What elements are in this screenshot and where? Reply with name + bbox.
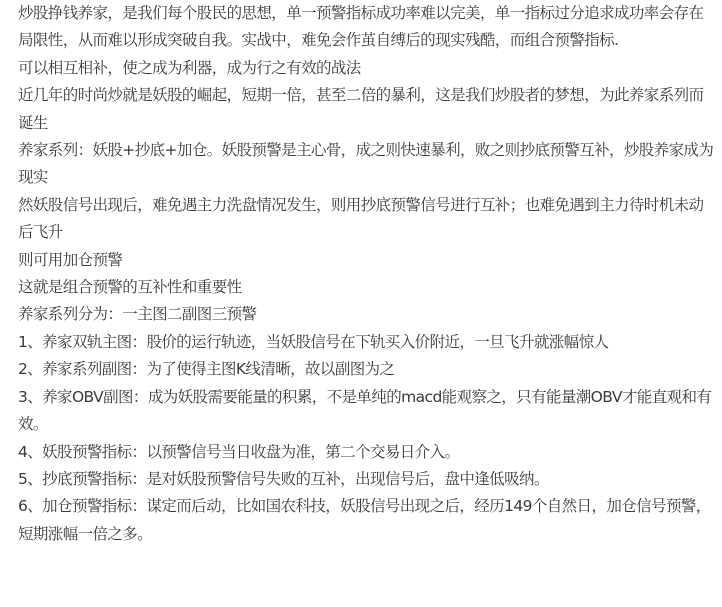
paragraph-signal: 然妖股信号出现后，难免遇主力洗盘情况发生，则用抄底预警信号进行互补；也难免遇到主… [18, 192, 718, 247]
list-item-3: 3、养家OBV副图：成为妖股需要能量的积累，不是单纯的macd能观察之，只有能量… [18, 384, 718, 439]
list-item-5: 5、抄底预警指标：是对妖股预警信号失败的互补，出现信号后，盘中逢低吸纳。 [18, 466, 718, 493]
paragraph-complement: 可以相互相补，使之成为利器，成为行之有效的战法 [18, 55, 718, 82]
list-item-4: 4、妖股预警指标：以预警信号当日收盘为准，第二个交易日介入。 [18, 439, 718, 466]
paragraph-intro: 炒股挣钱养家，是我们每个股民的思想，单一预警指标成功率难以完美，单一指标过分追求… [18, 0, 718, 55]
list-item-6: 6、加仓预警指标：谋定而后动，比如国农科技，妖股信号出现之后，经历149个自然日… [18, 493, 718, 548]
list-item-1: 1、养家双轨主图：股价的运行轨迹，当妖股信号在下轨买入价附近，一旦飞升就涨幅惊人 [18, 329, 718, 356]
paragraph-importance: 这就是组合预警的互补性和重要性 [18, 274, 718, 301]
list-item-2: 2、养家系列副图：为了使得主图K线清晰，故以副图为之 [18, 356, 718, 383]
paragraph-trend: 近几年的时尚炒就是妖股的崛起，短期一倍，甚至二倍的暴利，这是我们炒股者的梦想，为… [18, 82, 718, 137]
article-body: 炒股挣钱养家，是我们每个股民的思想，单一预警指标成功率难以完美，单一指标过分追求… [18, 0, 718, 548]
paragraph-series: 养家系列：妖股+抄底+加仓。妖股预警是主心骨，成之则快速暴利，败之则抄底预警互补… [18, 137, 718, 192]
paragraph-add-position: 则可用加仓预警 [18, 247, 718, 274]
paragraph-series-parts: 养家系列分为：一主图二副图三预警 [18, 301, 718, 328]
